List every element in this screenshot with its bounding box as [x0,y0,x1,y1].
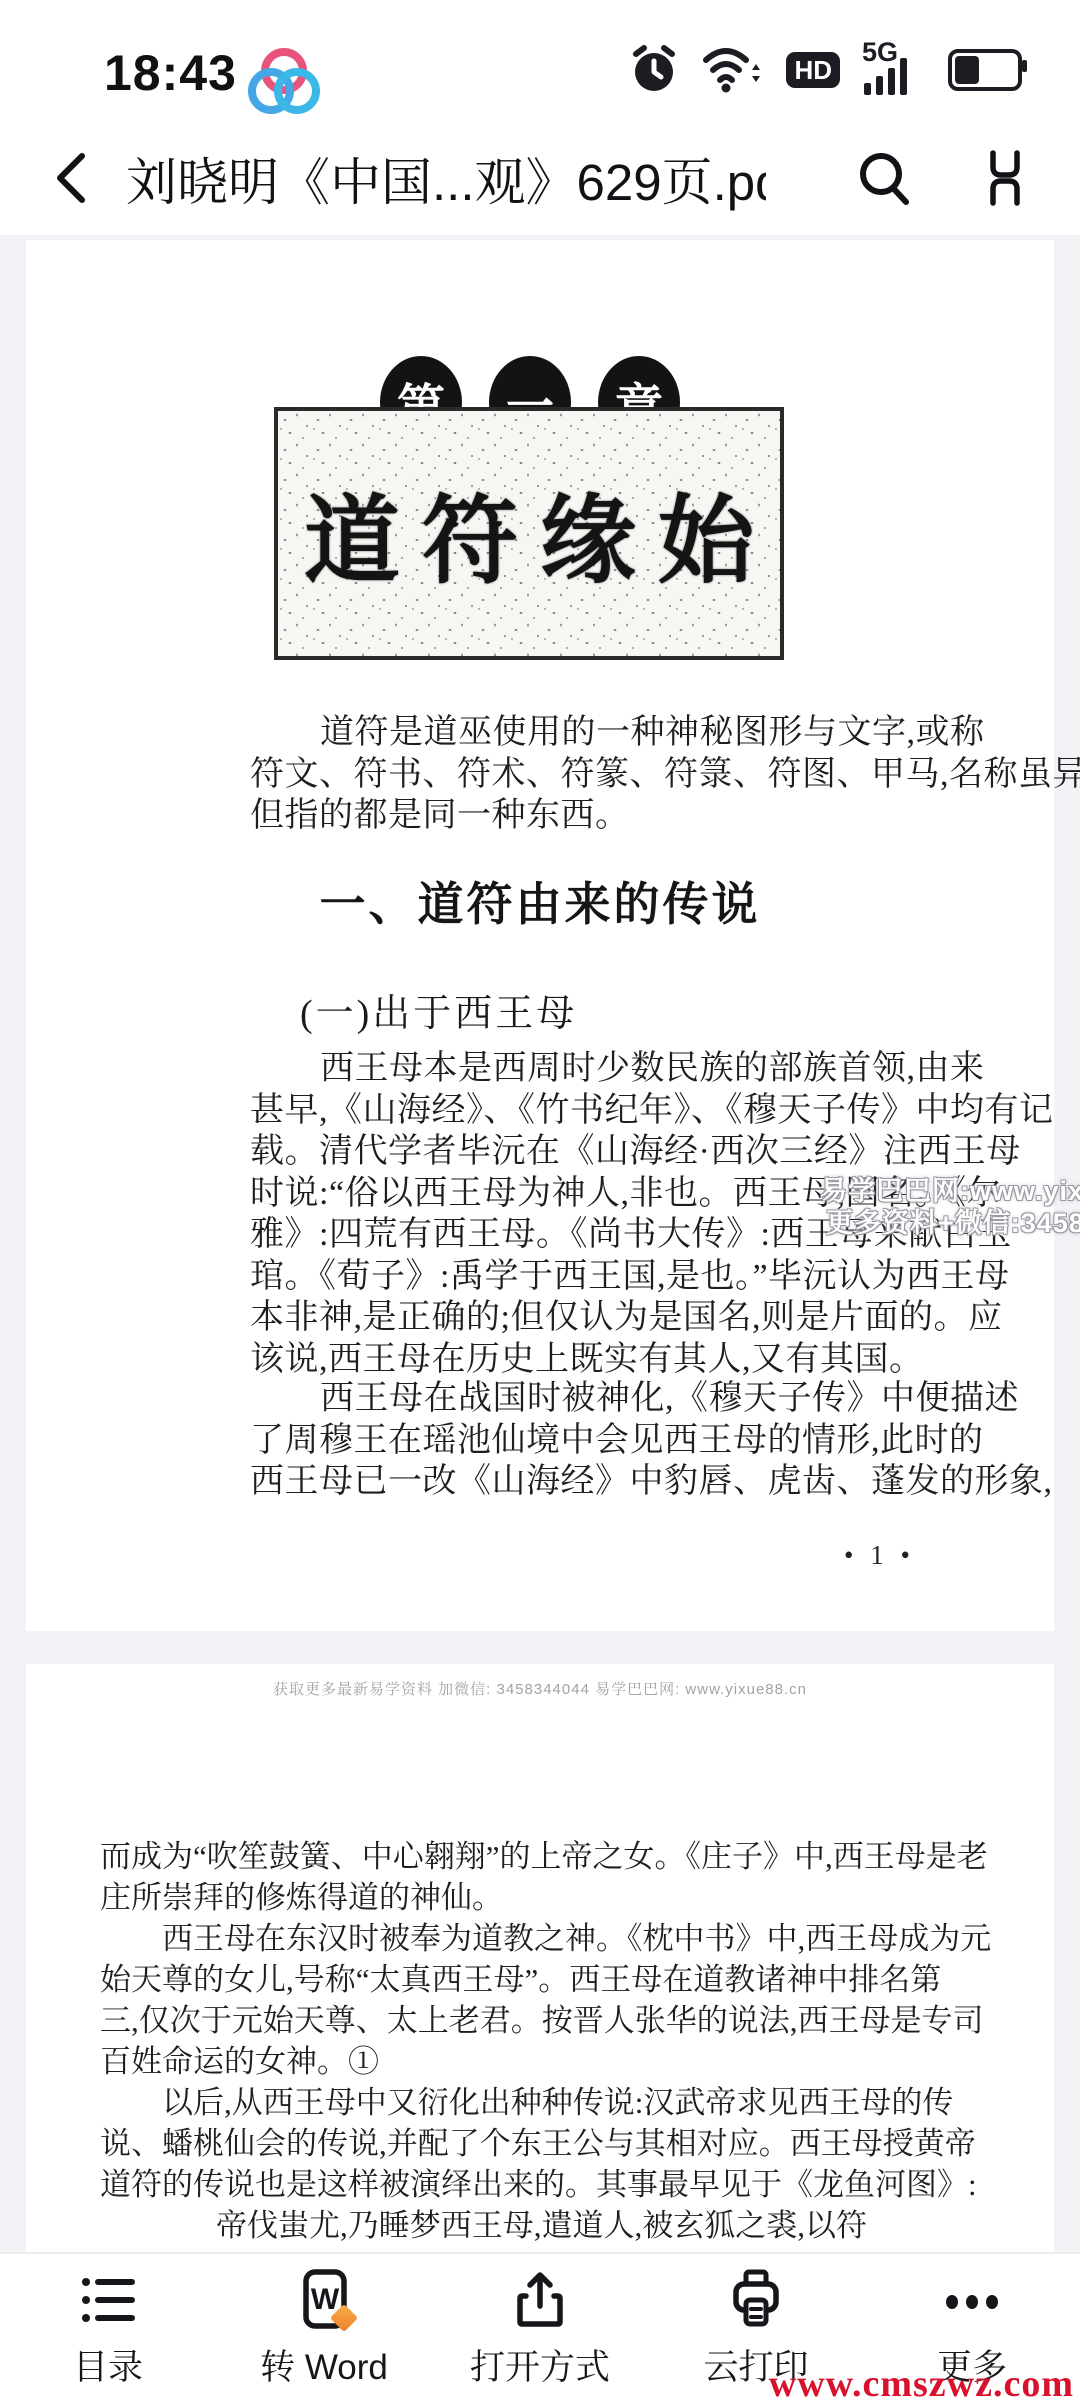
hd-badge: HD [786,52,840,88]
pdf-page-1[interactable]: 第 一 章 道 符 缘 始 道符是道巫使用的一种神秘图形与文字,或称 符文、符书… [26,240,1054,1631]
fit-page-icon[interactable] [974,147,1036,209]
alarm-icon [628,44,680,96]
title-bar: 刘晓明《中国...观》629页.pdf [0,120,1080,235]
section-heading: 一、道符由来的传说 [26,868,1054,934]
scan-header-note: 获取更多最新易学资料 加微信: 3458344044 易学巴巴网: www.yi… [26,1678,1054,1699]
chapter-title-art: 道 符 缘 始 [274,407,784,660]
status-bar: 18:43 [0,0,1080,120]
list-icon [76,2268,140,2332]
paragraph: 而成为“吹笙鼓簧、中心翱翔”的上帝之女。《庄子》中,西王母是老 庄所崇拜的修炼得… [100,1836,906,2246]
toolbar-convert-word-button[interactable]: W 转 Word [216,2254,432,2400]
site-watermark: www.cmszwz.com [769,2362,1074,2400]
paragraph: 西王母在战国时被神化,《穆天子传》中便描述 了周穆王在瑶池仙境中会见西王母的情形… [250,1378,898,1503]
page-number: • 1 • [844,1540,915,1571]
signal-5g-icon: 5G [862,41,926,99]
word-doc-icon: W [292,2268,356,2332]
document-title: 刘晓明《中国...观》629页.pdf [126,141,766,215]
pdf-page-2[interactable]: 获取更多最新易学资料 加微信: 3458344044 易学巴巴网: www.yi… [26,1664,1054,2304]
app-rings-icon [248,48,304,100]
search-icon[interactable] [854,147,916,209]
toolbar-contents-button[interactable]: 目录 [0,2254,216,2400]
wifi-icon [702,44,764,96]
share-icon [508,2268,572,2332]
paragraph: 西王母本是西周时少数民族的部族首领,由来 甚早,《山海经》、《竹书纪年》、《穆天… [250,1048,898,1380]
battery-icon [948,49,1022,91]
subsection-heading: (一)出于西王母 [300,982,577,1037]
printer-icon [724,2268,788,2332]
scan-watermark-wechat: 更多资料+微信:3458344044 [826,1201,1080,1240]
paragraph: 道符是道巫使用的一种神秘图形与文字,或称 符文、符书、符术、符篆、符箓、符图、甲… [250,712,898,837]
phone-screen: 18:43 [0,0,1080,2400]
clock: 18:43 [104,44,237,102]
toolbar-open-with-button[interactable]: 打开方式 [432,2254,648,2400]
back-button[interactable] [48,148,98,208]
more-dots-icon [940,2268,1004,2332]
pdf-viewer[interactable]: 第 一 章 道 符 缘 始 道符是道巫使用的一种神秘图形与文字,或称 符文、符书… [0,235,1080,2275]
